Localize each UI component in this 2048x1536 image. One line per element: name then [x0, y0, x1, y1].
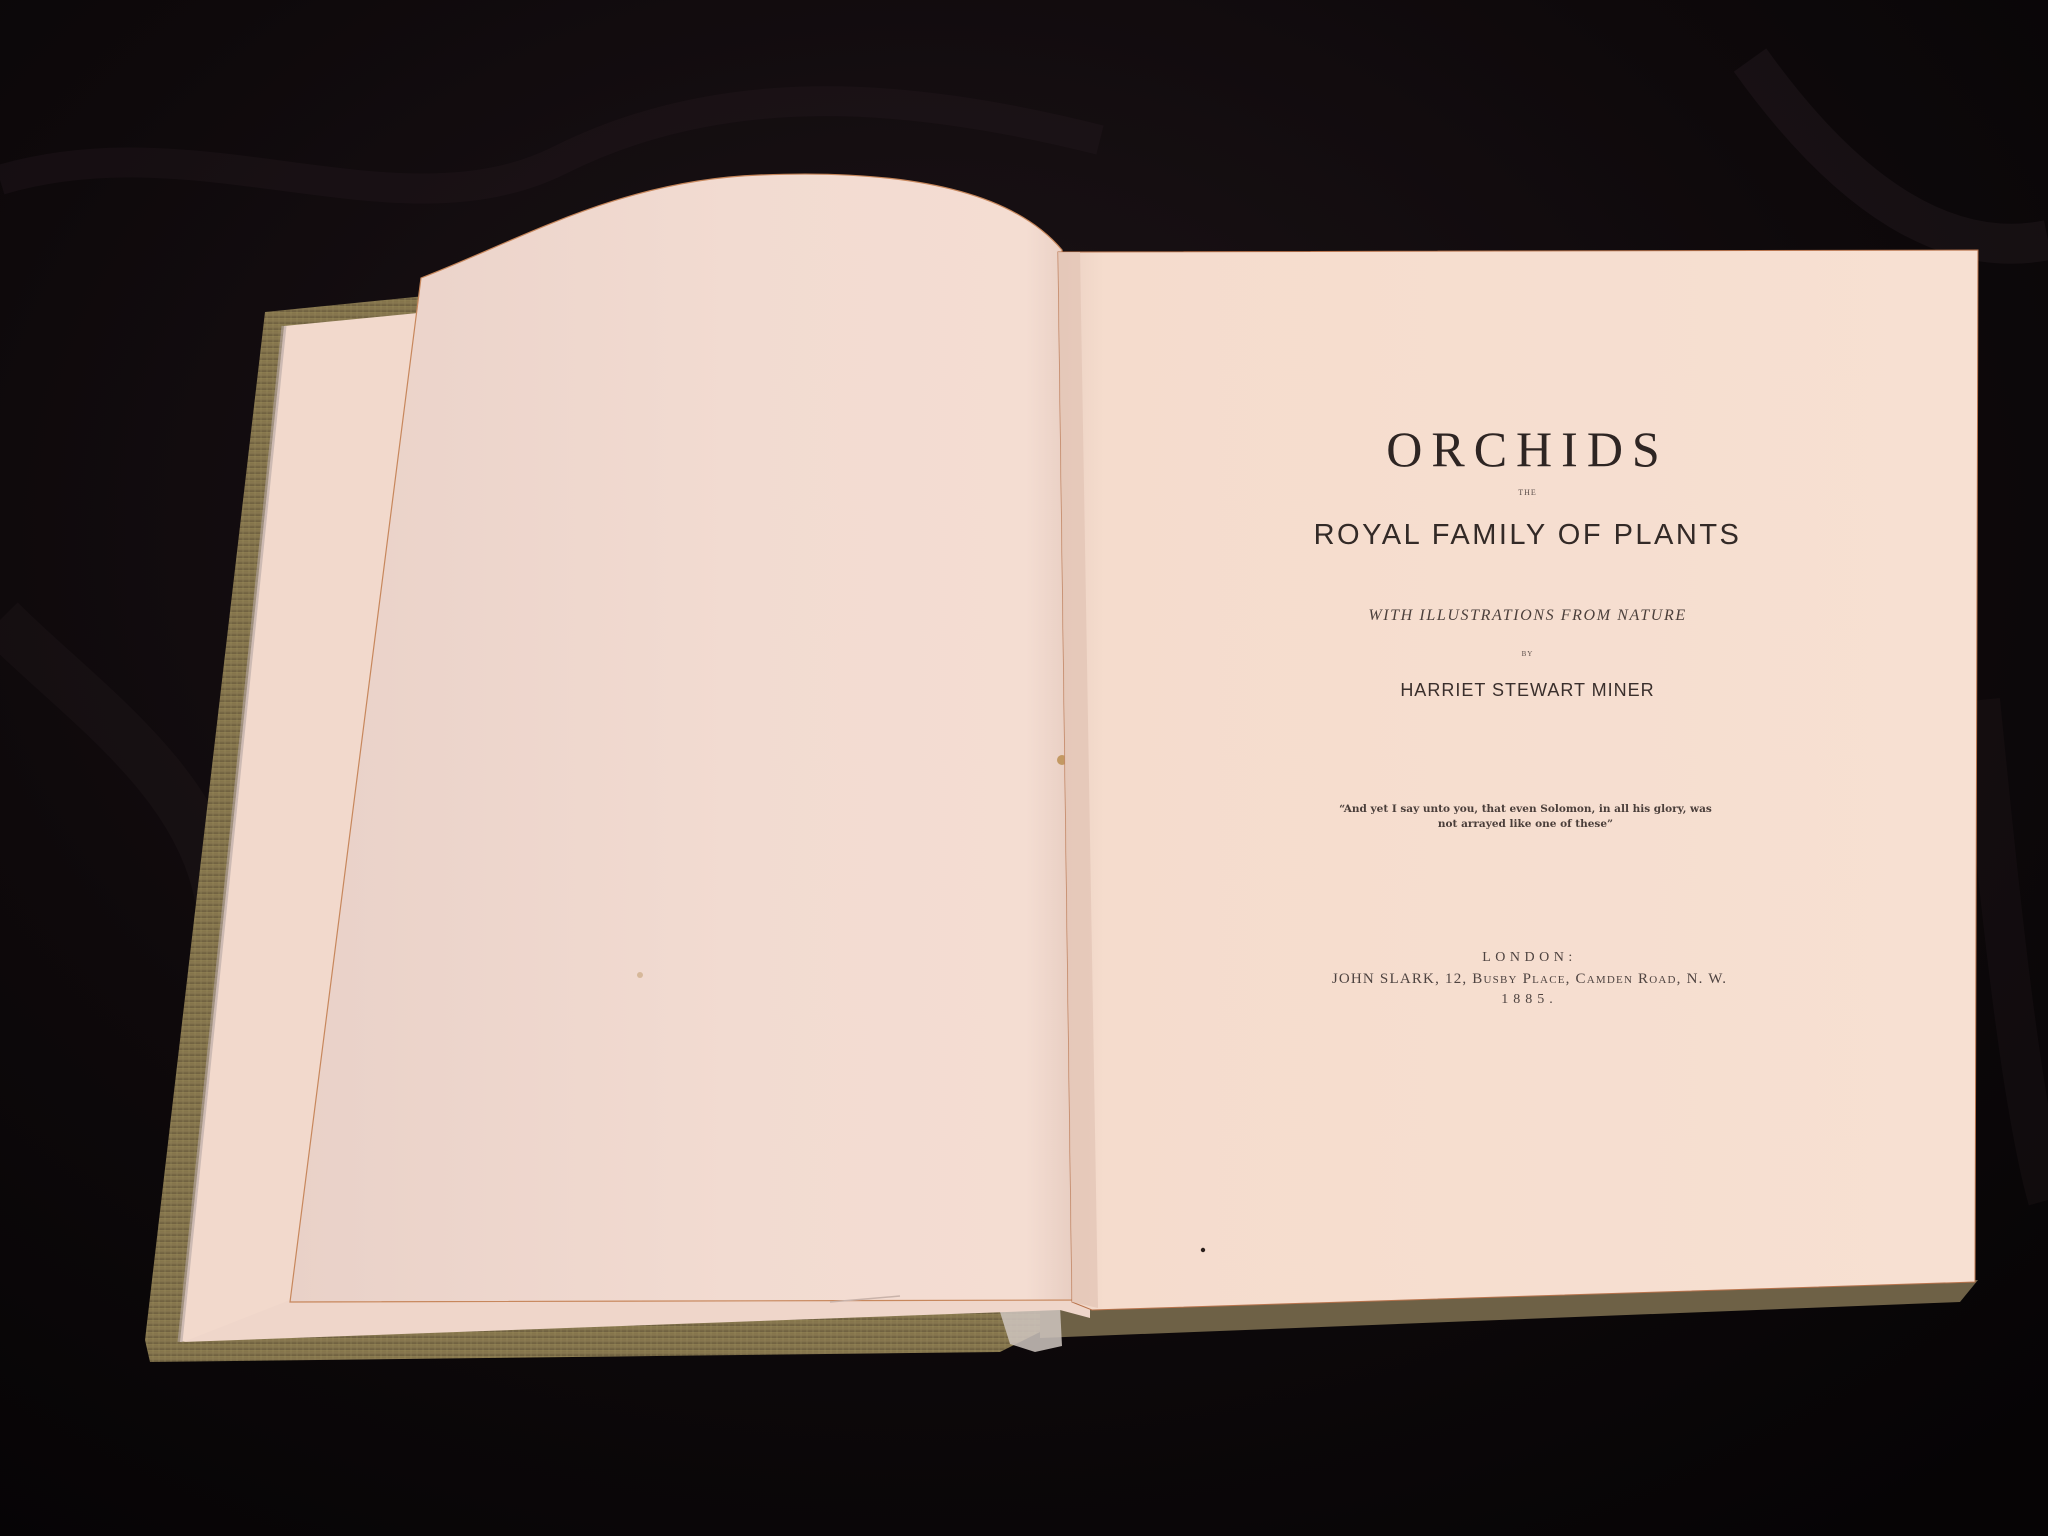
publication-year: 1885.	[1084, 992, 1975, 1008]
epigraph: “And yet I say unto you, that even Solom…	[1076, 802, 1975, 832]
publisher-city: LONDON:	[1084, 950, 1975, 966]
epigraph-line-2: not arrayed like one of these”	[1076, 817, 1975, 832]
title-page-text: ORCHIDS THE ROYAL FAMILY OF PLANTS WITH …	[1060, 252, 1975, 1292]
book-subtitle: ROYAL FAMILY OF PLANTS	[1080, 519, 1975, 552]
book-title: ORCHIDS	[1080, 420, 1975, 478]
photo-scene: ORCHIDS THE ROYAL FAMILY OF PLANTS WITH …	[0, 0, 2048, 1536]
illustrations-line: WITH ILLUSTRATIONS FROM NATURE	[1080, 607, 1975, 625]
publisher-address: JOHN SLARK, 12, Busby Place, Camden Road…	[1084, 971, 1975, 988]
author-name: HARRIET STEWART MINER	[1080, 680, 1975, 701]
epigraph-line-1: “And yet I say unto you, that even Solom…	[1076, 802, 1975, 817]
title-article: THE	[1080, 488, 1975, 497]
by-label: BY	[1080, 650, 1975, 658]
